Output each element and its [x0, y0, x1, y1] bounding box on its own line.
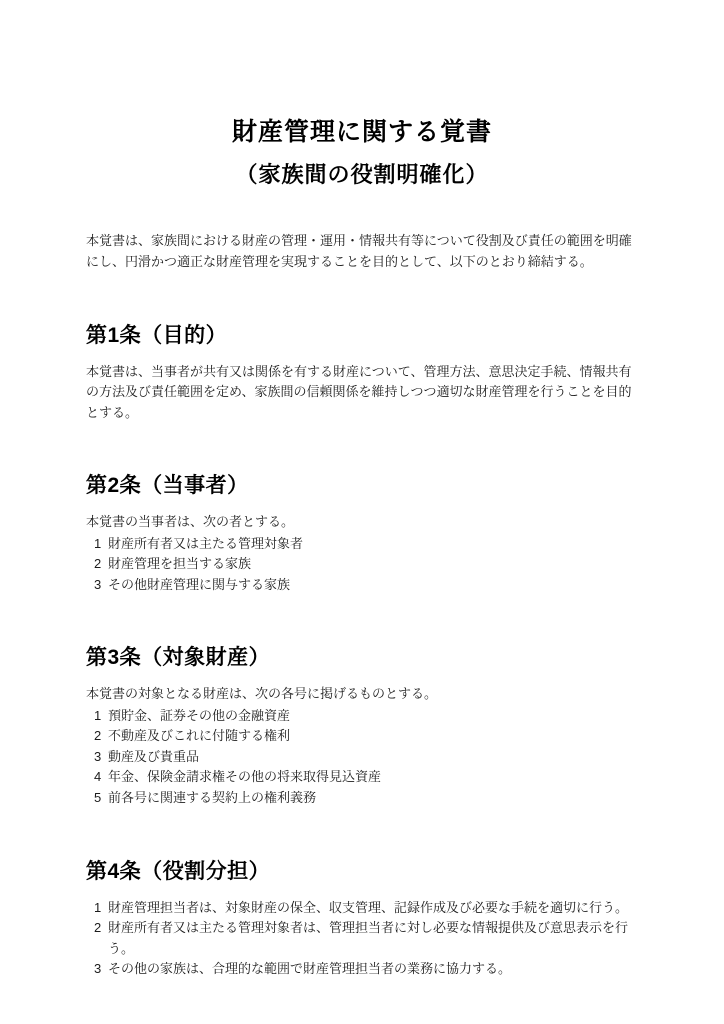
- list-item: 2 財産所有者又は主たる管理対象者は、管理担当者に対し必要な情報提供及び意思表示…: [86, 918, 638, 959]
- article-items: 1 財産管理担当者は、対象財産の保全、収支管理、記録作成及び必要な手続を適切に行…: [86, 898, 638, 980]
- list-item-text: 預貯金、証券その他の金融資産: [108, 706, 638, 727]
- list-item: 4 年金、保険金請求権その他の将来取得見込資産: [86, 767, 638, 788]
- list-item-number: 2: [86, 726, 108, 747]
- document-subtitle: （家族間の役割明確化）: [0, 158, 724, 189]
- article-section: 第4条（役割分担） 1 財産管理担当者は、対象財産の保全、収支管理、記録作成及び…: [86, 855, 638, 980]
- list-item-number: 2: [86, 918, 108, 959]
- list-item-text: 財産管理担当者は、対象財産の保全、収支管理、記録作成及び必要な手続を適切に行う。: [108, 898, 638, 919]
- list-item-number: 3: [86, 959, 108, 980]
- article-body: 本覚書の対象となる財産は、次の各号に掲げるものとする。: [86, 684, 638, 705]
- article-section: 第1条（目的） 本覚書は、当事者が共有又は関係を有する財産について、管理方法、意…: [86, 319, 638, 424]
- list-item: 1 預貯金、証券その他の金融資産: [86, 706, 638, 727]
- list-item-number: 1: [86, 898, 108, 919]
- articles-container: 第1条（目的） 本覚書は、当事者が共有又は関係を有する財産について、管理方法、意…: [86, 319, 638, 980]
- list-item-number: 3: [86, 747, 108, 768]
- list-item-text: 財産所有者又は主たる管理対象者: [108, 534, 638, 555]
- list-item-number: 1: [86, 706, 108, 727]
- list-item-number: 5: [86, 788, 108, 809]
- list-item: 5 前各号に関連する契約上の権利義務: [86, 788, 638, 809]
- article-items: 1 預貯金、証券その他の金融資産 2 不動産及びこれに付随する権利 3 動産及び…: [86, 706, 638, 809]
- list-item: 3 動産及び貴重品: [86, 747, 638, 768]
- article-heading: 第2条（当事者）: [86, 469, 638, 499]
- list-item: 1 財産管理担当者は、対象財産の保全、収支管理、記録作成及び必要な手続を適切に行…: [86, 898, 638, 919]
- article-items: 1 財産所有者又は主たる管理対象者 2 財産管理を担当する家族 3 その他財産管…: [86, 534, 638, 596]
- article-heading: 第4条（役割分担）: [86, 855, 638, 885]
- list-item-number: 3: [86, 575, 108, 596]
- list-item-number: 4: [86, 767, 108, 788]
- list-item: 2 財産管理を担当する家族: [86, 554, 638, 575]
- list-item-text: その他の家族は、合理的な範囲で財産管理担当者の業務に協力する。: [108, 959, 638, 980]
- article-body: 本覚書の当事者は、次の者とする。: [86, 512, 638, 533]
- article-section: 第3条（対象財産） 本覚書の対象となる財産は、次の各号に掲げるものとする。 1 …: [86, 641, 638, 808]
- list-item-text: 財産所有者又は主たる管理対象者は、管理担当者に対し必要な情報提供及び意思表示を行…: [108, 918, 638, 959]
- list-item: 3 その他の家族は、合理的な範囲で財産管理担当者の業務に協力する。: [86, 959, 638, 980]
- list-item-text: 財産管理を担当する家族: [108, 554, 638, 575]
- list-item-number: 2: [86, 554, 108, 575]
- intro-paragraph: 本覚書は、家族間における財産の管理・運用・情報共有等について役割及び責任の範囲を…: [86, 231, 638, 273]
- list-item-text: 年金、保険金請求権その他の将来取得見込資産: [108, 767, 638, 788]
- document-title: 財産管理に関する覚書: [0, 0, 724, 148]
- list-item-text: 前各号に関連する契約上の権利義務: [108, 788, 638, 809]
- article-body: 本覚書は、当事者が共有又は関係を有する財産について、管理方法、意思決定手続、情報…: [86, 362, 638, 424]
- article-section: 第2条（当事者） 本覚書の当事者は、次の者とする。 1 財産所有者又は主たる管理…: [86, 469, 638, 595]
- article-heading: 第1条（目的）: [86, 319, 638, 349]
- list-item-number: 1: [86, 534, 108, 555]
- document-page: 財産管理に関する覚書 （家族間の役割明確化） 本覚書は、家族間における財産の管理…: [0, 0, 724, 1024]
- article-heading: 第3条（対象財産）: [86, 641, 638, 671]
- list-item: 2 不動産及びこれに付随する権利: [86, 726, 638, 747]
- list-item-text: 動産及び貴重品: [108, 747, 638, 768]
- list-item: 3 その他財産管理に関与する家族: [86, 575, 638, 596]
- list-item-text: その他財産管理に関与する家族: [108, 575, 638, 596]
- list-item: 1 財産所有者又は主たる管理対象者: [86, 534, 638, 555]
- list-item-text: 不動産及びこれに付随する権利: [108, 726, 638, 747]
